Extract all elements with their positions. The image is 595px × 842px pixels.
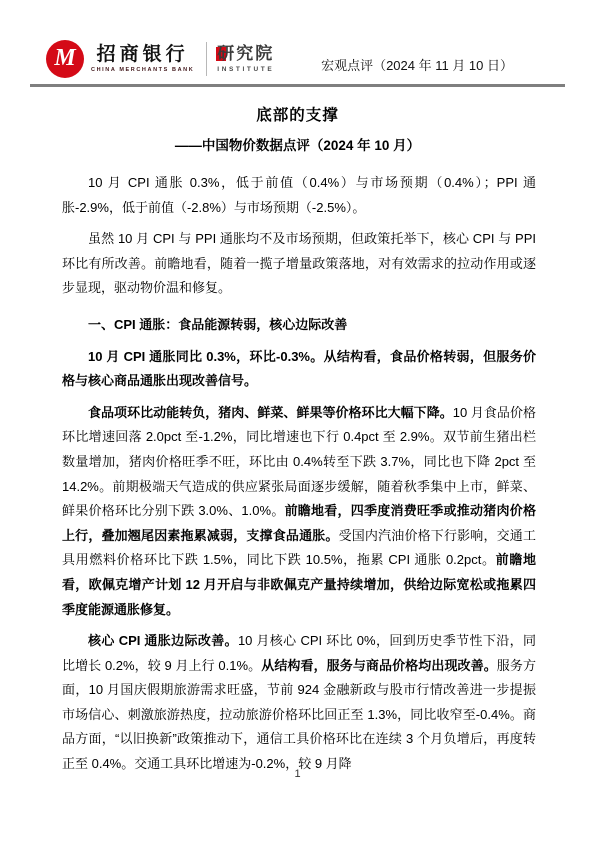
document-body: 10 月 CPI 通胀 0.3%，低于前值（0.4%）与市场预期（0.4%）；P… <box>62 171 536 777</box>
brand-block: M 招商银行 CHINA MERCHANTS BANK 研究院 INSTITUT… <box>46 40 274 78</box>
bank-name-en: CHINA MERCHANTS BANK <box>91 67 194 73</box>
page-number: 1 <box>0 768 595 780</box>
paragraph: 核心 CPI 通胀边际改善。10 月核心 CPI 环比 0%，回到历史季节性下沿… <box>62 629 536 777</box>
bank-name: 招商银行 <box>91 45 194 66</box>
paragraph: 10 月 CPI 通胀同比 0.3%，环比-0.3%。从结构看，食品价格转弱，但… <box>62 345 536 394</box>
paragraph: 食品项环比动能转负，猪肉、鲜菜、鲜果等价格环比大幅下降。10 月食品价格环比增速… <box>62 401 536 622</box>
text-run: 食品项环比动能转负，猪肉、鲜菜、鲜果等价格环比大幅下降。 <box>88 405 453 420</box>
text-run: 从结构看，服务与商品价格均出现改善。 <box>261 658 497 673</box>
report-title: 底部的支撑 <box>0 103 595 125</box>
bank-name-block: 招商银行 CHINA MERCHANTS BANK <box>91 45 194 74</box>
institute-block: 研究院 INSTITUTE <box>217 45 274 73</box>
paragraph: 虽然 10 月 CPI 与 PPI 通胀均不及市场预期，但政策托举下，核心 CP… <box>62 227 536 301</box>
doc-type-label: 宏观点评（2024 年 11 月 10 日） <box>321 55 513 74</box>
cmb-logo-icon: M <box>46 40 84 78</box>
text-run: 核心 CPI 通胀边际改善。 <box>88 633 238 648</box>
section-heading: 一、CPI 通胀：食品能源转弱，核心边际改善 <box>62 313 536 338</box>
text-run: 服务方面，10 月国庆假期旅游需求旺盛，节前 924 金融新政与股市行情改善进一… <box>62 658 536 771</box>
text-run: 10 月 CPI 通胀同比 0.3%，环比-0.3%。从结构看，食品价格转弱，但… <box>62 349 536 389</box>
header-rule <box>30 84 565 87</box>
institute-name: 研究院 <box>217 45 274 64</box>
text-run: 10 月 CPI 通胀 0.3%，低于前值（0.4%）与市场预期（0.4%）；P… <box>62 175 536 215</box>
document-page: M 招商银行 CHINA MERCHANTS BANK 研究院 INSTITUT… <box>0 0 595 842</box>
text-run: 10 月食品价格环比增速回落 2.0pct 至-1.2%，同比增速也下行 0.4… <box>62 405 536 518</box>
text-run: 一、CPI 通胀：食品能源转弱，核心边际改善 <box>88 317 347 332</box>
cmb-logo-mark: M <box>54 46 75 70</box>
report-subtitle: ——中国物价数据点评（2024 年 10 月） <box>0 134 595 154</box>
report-header: M 招商银行 CHINA MERCHANTS BANK 研究院 INSTITUT… <box>46 40 565 78</box>
brand-divider <box>206 42 207 76</box>
institute-name-en: INSTITUTE <box>217 66 274 73</box>
text-run: 虽然 10 月 CPI 与 PPI 通胀均不及市场预期，但政策托举下，核心 CP… <box>62 231 536 295</box>
paragraph: 10 月 CPI 通胀 0.3%，低于前值（0.4%）与市场预期（0.4%）；P… <box>62 171 536 220</box>
